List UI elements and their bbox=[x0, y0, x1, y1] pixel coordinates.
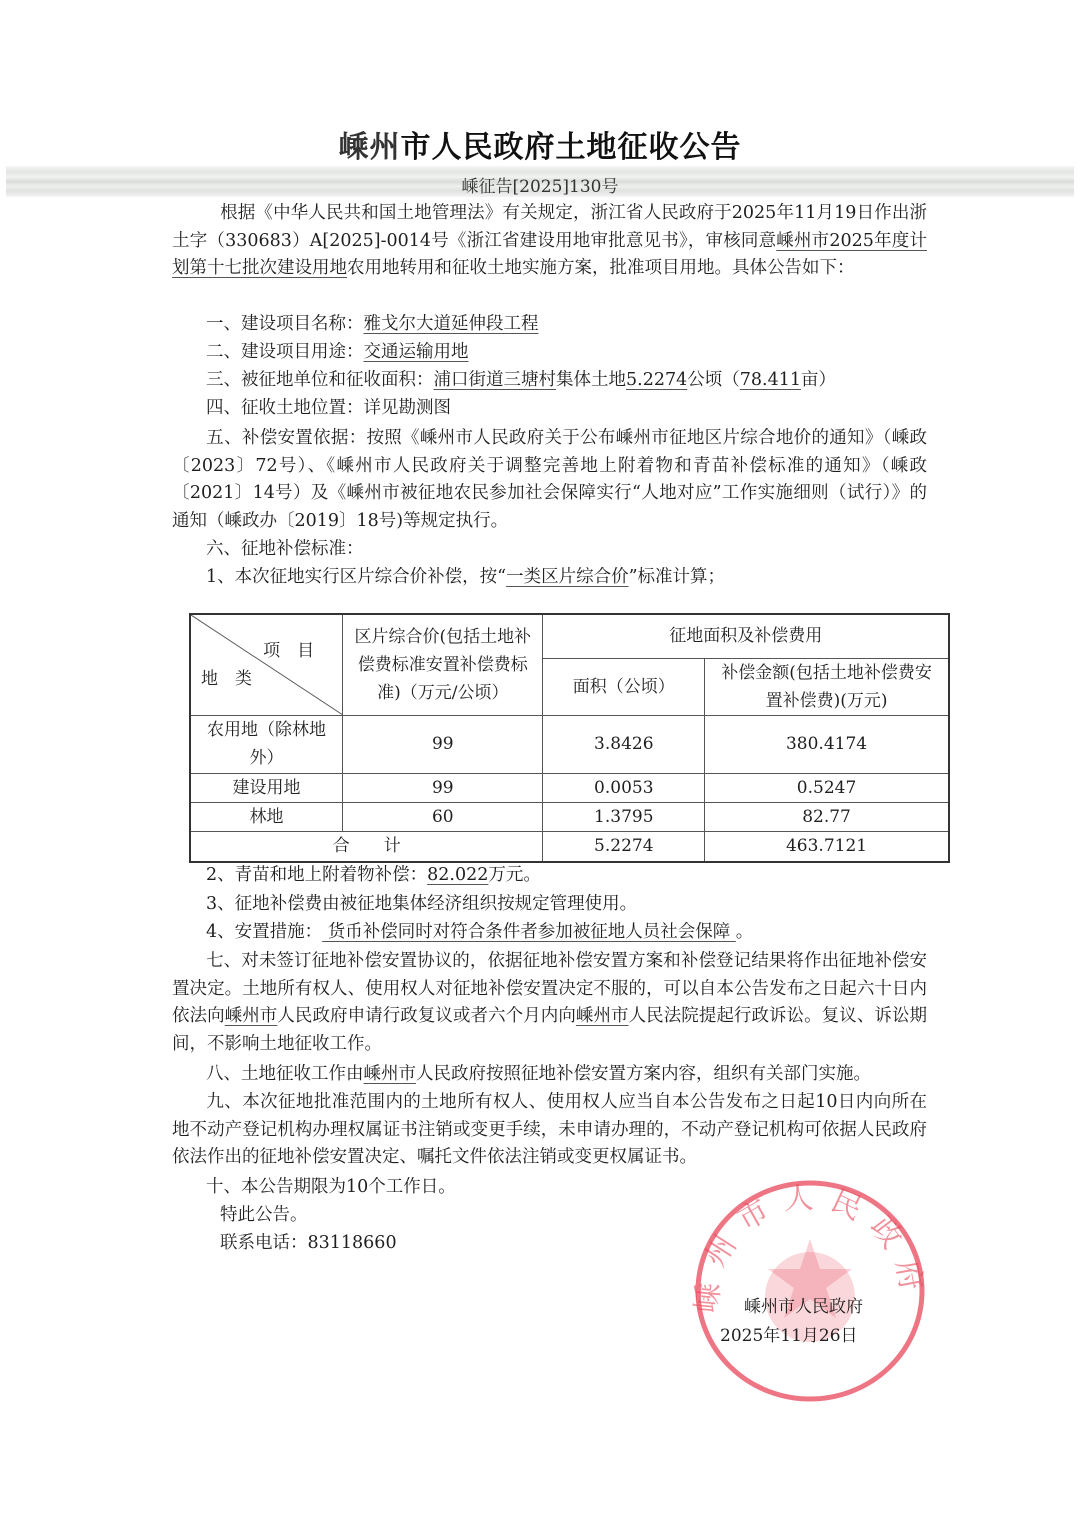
item-price-basis: 1、本次征地实行区片综合价补偿，按“一类区片综合价”标准计算； bbox=[206, 564, 725, 592]
table-row: 林地601.379582.77 bbox=[190, 802, 949, 831]
item-project-name: 一、建设项目名称：雅戈尔大道延伸段工程 bbox=[206, 311, 539, 339]
item-project-use: 二、建设项目用途：交通运输用地 bbox=[206, 339, 469, 367]
official-seal: 嵊州市人民政府 bbox=[692, 1177, 928, 1405]
col-header-amount: 补偿金额(包括土地补偿费安置补偿费)(万元) bbox=[705, 658, 949, 715]
col-header-group: 征地面积及补偿费用 bbox=[543, 614, 949, 658]
item-land-area: 三、被征地单位和征收面积：浦口街道三塘村集体土地5.2274公顷（78.411亩… bbox=[206, 367, 836, 395]
item-resettlement: 4、安置措施： 货币补偿同时对符合条件者参加被征地人员社会保障 。 bbox=[206, 919, 753, 947]
intro-paragraph: 根据《中华人民共和国土地管理法》有关规定，浙江省人民政府于2025年11月19日… bbox=[172, 200, 927, 283]
issue-date: 2025年11月26日 bbox=[720, 1321, 858, 1346]
document-number: 嵊征告[2025]130号 bbox=[0, 172, 1080, 197]
diagonal-header-cell: 项 目 地 类 bbox=[190, 614, 343, 715]
col-header-price: 区片综合价(包括土地补偿费标准安置补偿费标准)（万元/公顷） bbox=[343, 614, 543, 715]
section-seven: 七、对未签订征地补偿安置协议的，依据征地补偿安置方案和补偿登记结果将作出征地补偿… bbox=[172, 948, 927, 1058]
seal-icon: 嵊州市人民政府 bbox=[692, 1177, 928, 1405]
section-nine: 九、本次征地批准范围内的土地所有权人、使用权人应当自本公告发布之日起10日内向所… bbox=[172, 1089, 927, 1172]
item-land-location: 四、征收土地位置：详见勘测图 bbox=[206, 395, 451, 423]
section-ten: 十、本公告期限为10个工作日。 bbox=[206, 1174, 456, 1202]
section-eight: 八、土地征收工作由嵊州市人民政府按照征地补偿安置方案内容，组织有关部门实施。 bbox=[206, 1061, 871, 1089]
col-header-area: 面积（公顷） bbox=[543, 658, 705, 715]
page-title: 嵊州市人民政府土地征收公告 bbox=[0, 122, 1080, 166]
item-crop-compensation: 2、青苗和地上附着物补偿：82.022万元。 bbox=[206, 862, 541, 890]
compensation-table: 项 目 地 类 区片综合价(包括土地补偿费标准安置补偿费标准)（万元/公顷） 征… bbox=[189, 613, 950, 863]
item-compensation-standard: 六、征地补偿标准： bbox=[206, 536, 364, 564]
closing-text: 特此公告。 bbox=[220, 1202, 308, 1230]
issuer-name: 嵊州市人民政府 bbox=[744, 1292, 863, 1317]
table-row: 农用地（除林地外）993.8426380.4174 bbox=[190, 715, 949, 773]
item-fee-management: 3、征地补偿费由被征地集体经济组织按规定管理使用。 bbox=[206, 891, 637, 919]
table-row: 建设用地990.00530.5247 bbox=[190, 773, 949, 802]
contact-line: 联系电话：83118660 bbox=[220, 1230, 397, 1258]
table-total-row: 合 计5.2274463.7121 bbox=[190, 831, 949, 862]
item-compensation-basis: 五、补偿安置依据：按照《嵊州市人民政府关于公布嵊州市征地区片综合地价的通知》（嵊… bbox=[172, 425, 927, 535]
